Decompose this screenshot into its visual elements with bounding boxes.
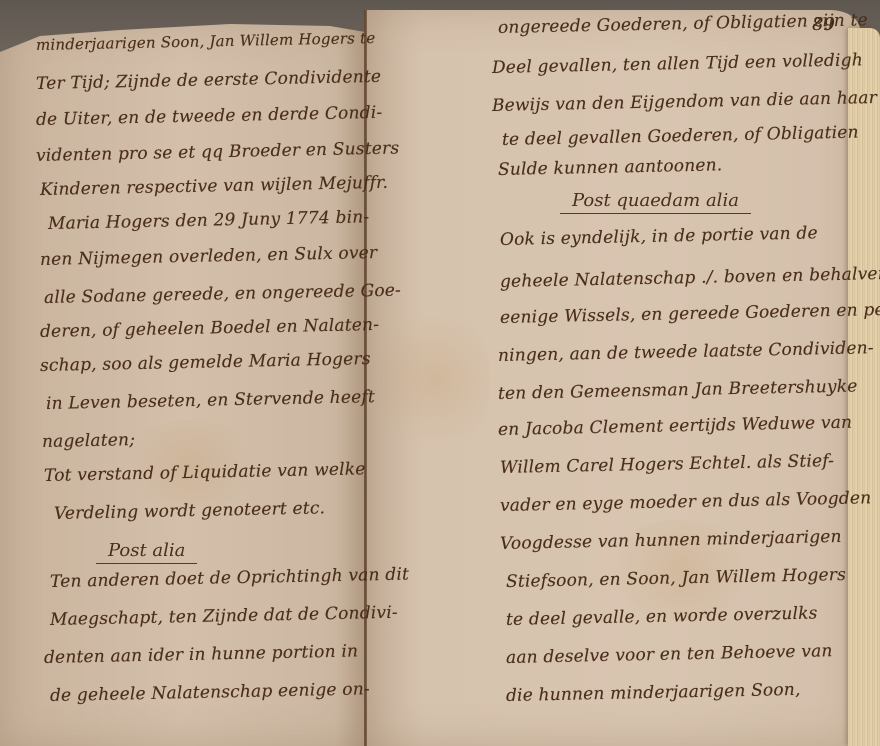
section-heading: Post quaedam alia bbox=[560, 190, 751, 214]
paper-stain bbox=[380, 300, 490, 460]
manuscript-line: nagelaten; bbox=[42, 430, 136, 452]
section-heading: Post alia bbox=[96, 540, 197, 564]
left-page bbox=[0, 22, 365, 746]
open-book: 89 minderjaarigen Soon, Jan Willem Hoger… bbox=[0, 0, 880, 746]
